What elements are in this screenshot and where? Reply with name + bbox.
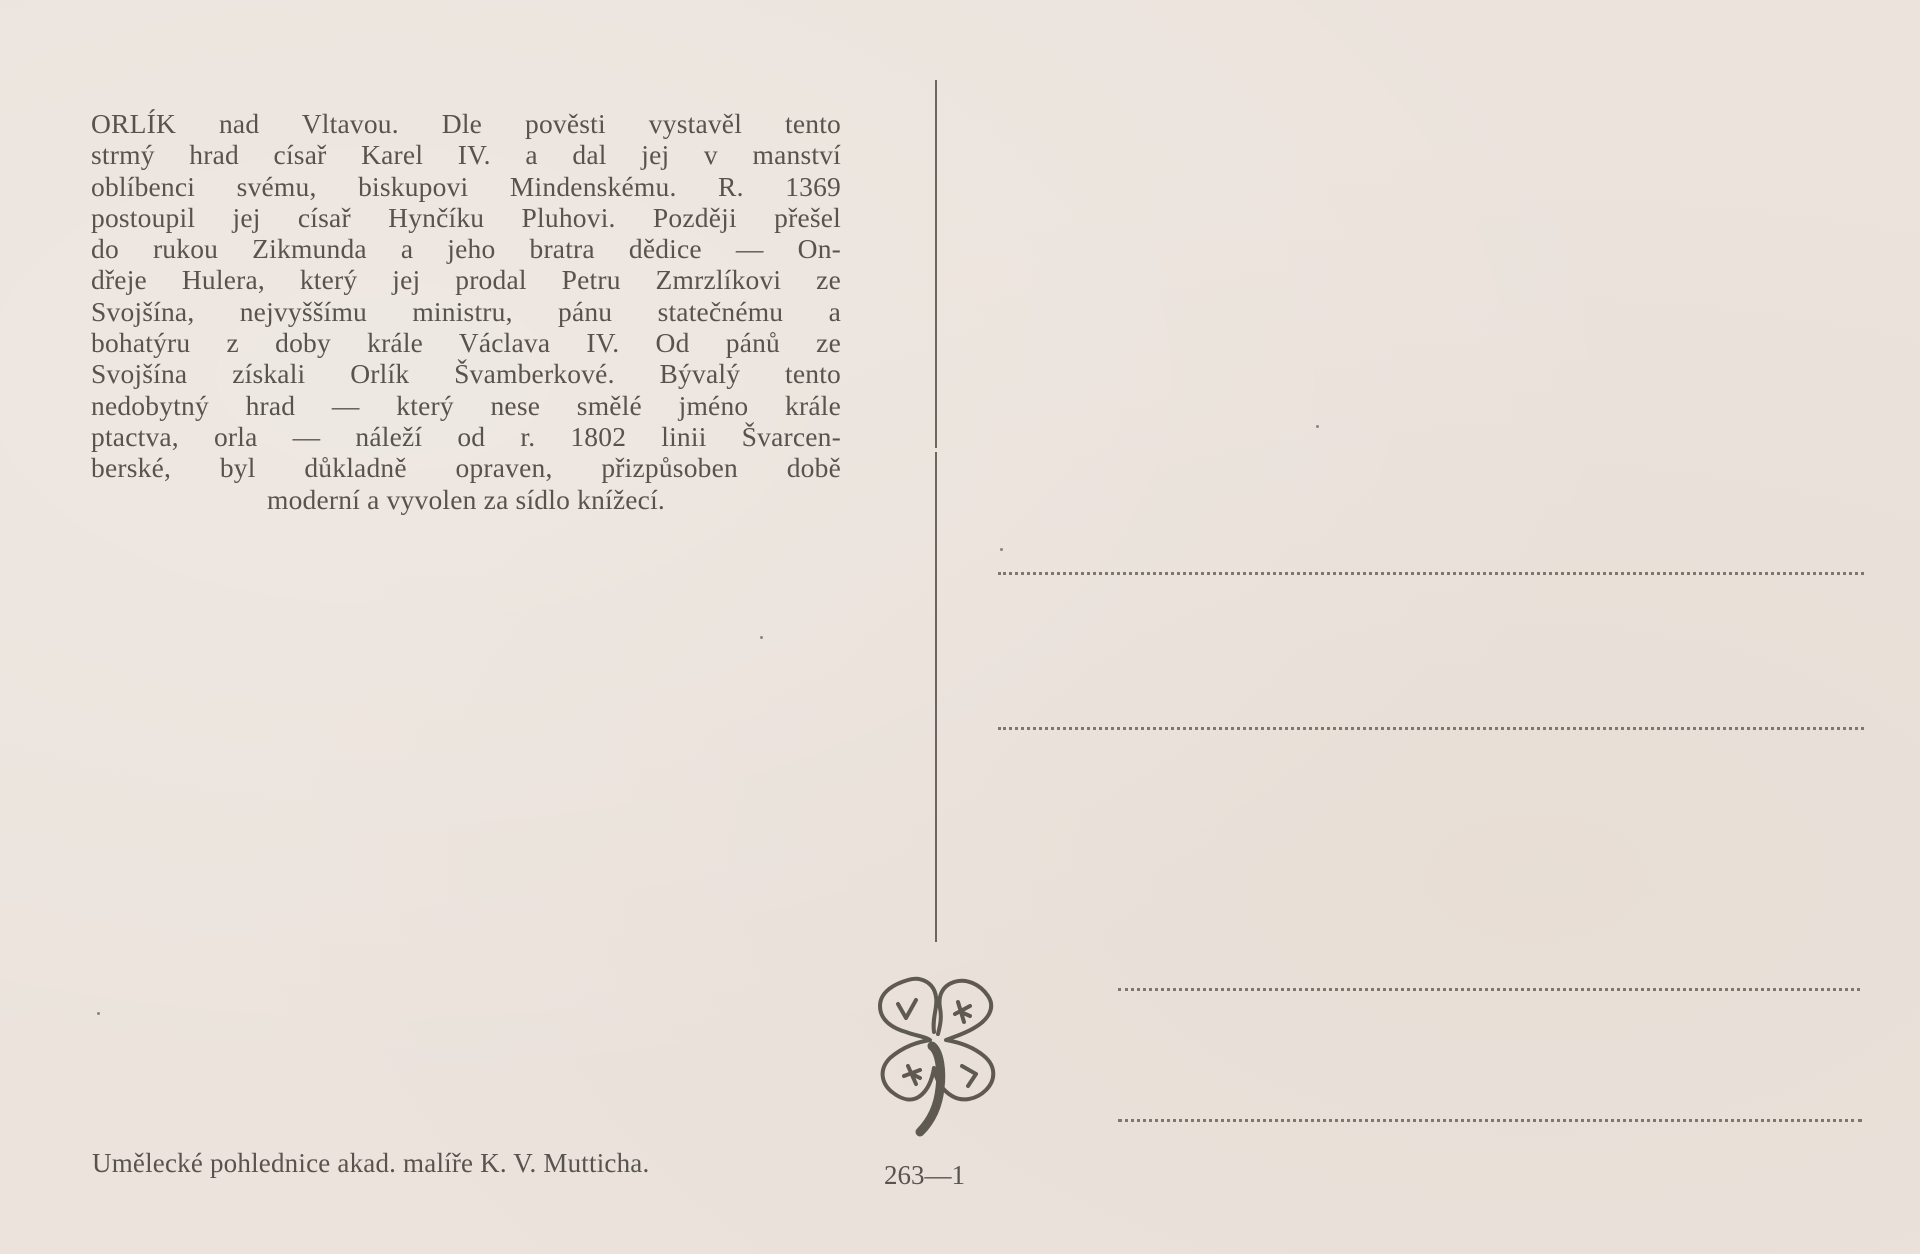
description-line: oblíbenci svému, biskupovi Mindenskému. … [91, 171, 841, 202]
description-line: moderní a vyvolen za sídlo knížecí. [91, 484, 841, 515]
address-line-2 [998, 727, 1864, 730]
castle-description: ORLÍK nad Vltavou. Dle pověsti vystavěl … [91, 108, 841, 515]
description-line: do rukou Zikmunda a jeho bratra dědice —… [91, 233, 841, 264]
four-leaf-clover-icon [858, 962, 1018, 1142]
description-line: strmý hrad císař Karel IV. a dal jej v m… [91, 139, 841, 170]
description-line: Svojšína, nejvyššímu ministru, pánu stat… [91, 296, 841, 327]
description-line: dřeje Hulera, který jej prodal Petru Zmr… [91, 264, 841, 295]
paper-speck [1316, 425, 1319, 428]
center-divider-bottom [935, 452, 937, 942]
description-line: ptactva, orla — náleží od r. 1802 linii … [91, 421, 841, 452]
card-number: 263—1 [884, 1160, 965, 1191]
postcard-back: ORLÍK nad Vltavou. Dle pověsti vystavěl … [0, 0, 1920, 1254]
center-divider-top [935, 80, 937, 448]
paper-speck [1000, 548, 1003, 551]
description-line: ORLÍK nad Vltavou. Dle pověsti vystavěl … [91, 108, 841, 139]
description-line: nedobytný hrad — který nese smělé jméno … [91, 390, 841, 421]
description-line: Svojšína získali Orlík Švamberkové. Býva… [91, 358, 841, 389]
address-line-1 [998, 572, 1864, 575]
description-line: berské, byl důkladně opraven, přizpůsobe… [91, 452, 841, 483]
publisher-credit: Umělecké pohlednice akad. malíře K. V. M… [92, 1148, 649, 1179]
description-line: bohatýru z doby krále Václava IV. Od pán… [91, 327, 841, 358]
address-line-4 [1118, 1119, 1862, 1122]
address-line-3 [1118, 988, 1860, 991]
description-line: postoupil jej císař Hynčíku Pluhovi. Poz… [91, 202, 841, 233]
paper-speck [97, 1012, 100, 1015]
paper-speck [760, 636, 763, 639]
